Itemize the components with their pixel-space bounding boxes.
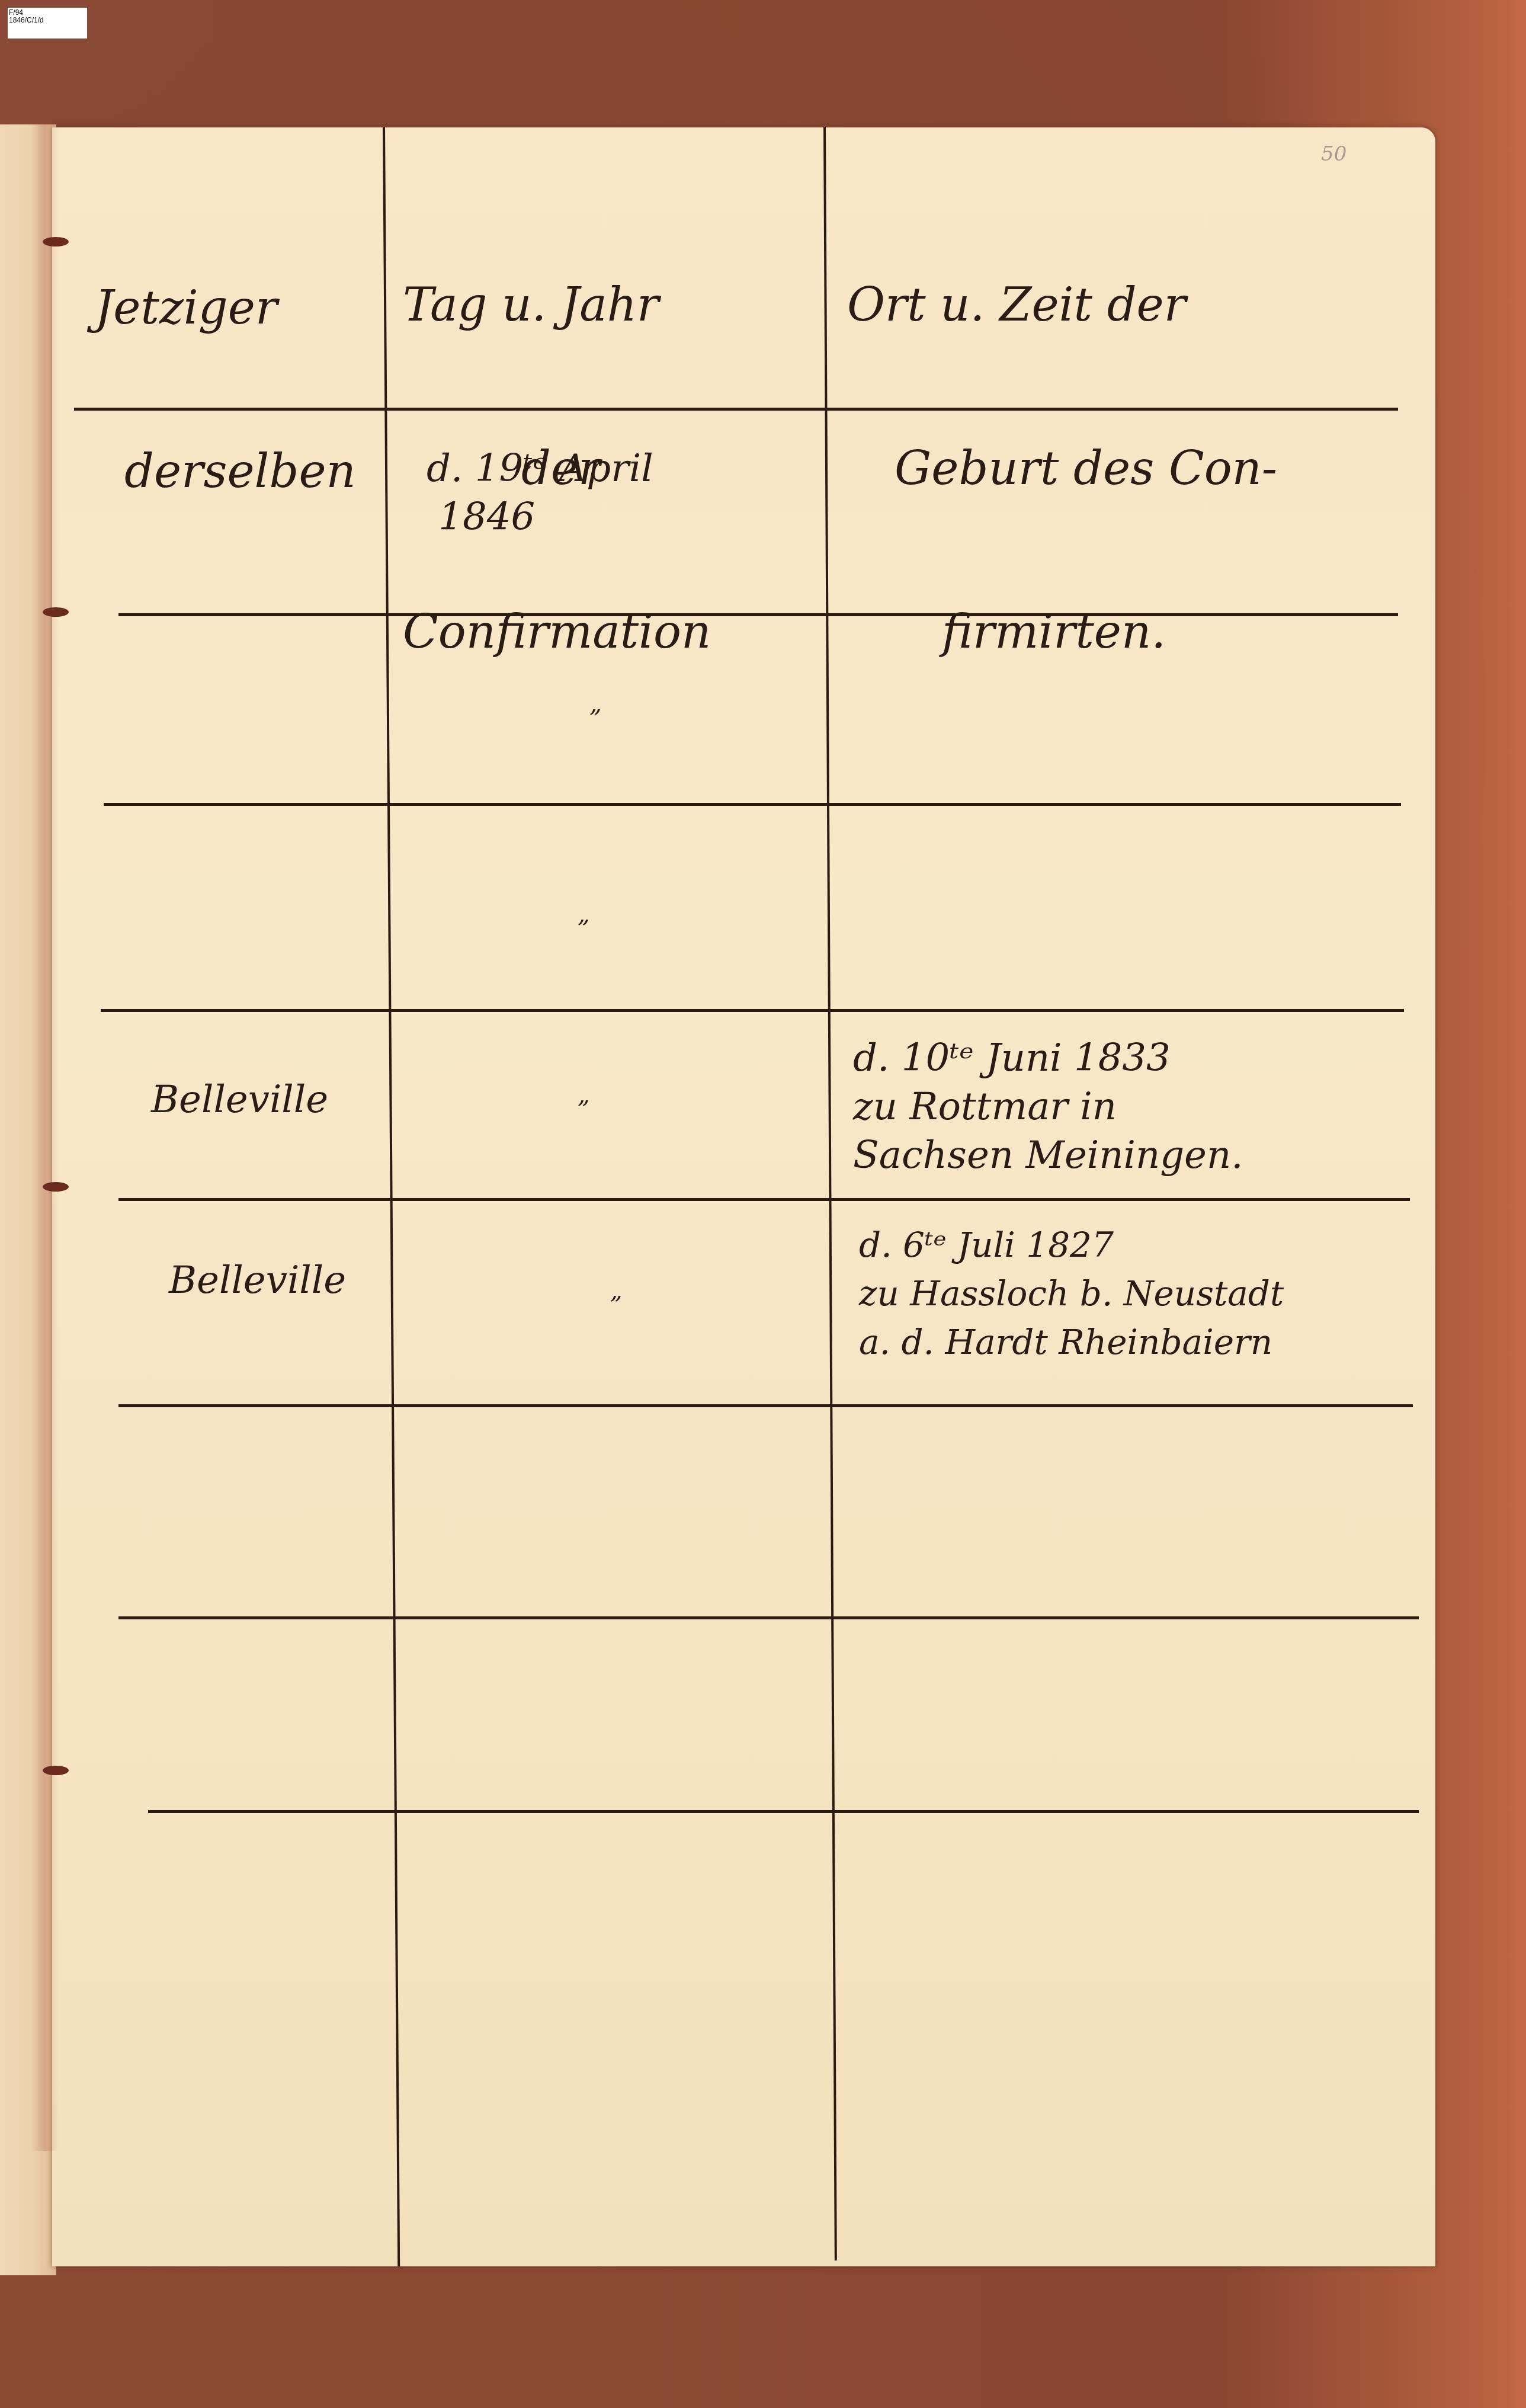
row-rule	[101, 1009, 1404, 1012]
row-rule	[148, 1810, 1419, 1813]
binding-stitch	[43, 607, 69, 617]
row-rule	[104, 803, 1401, 806]
header-residence: Jetziger derselben	[95, 172, 356, 553]
ditto-mark: „	[578, 901, 590, 928]
ditto-mark: „	[578, 1081, 590, 1109]
binding-stitch	[43, 237, 69, 246]
binding-thread	[31, 124, 58, 2151]
birth-cell: d. 6ᵗᵉ Juli 1827 zu Hassloch b. Neustadt…	[859, 1221, 1284, 1366]
binding-stitch	[43, 1182, 69, 1192]
birth-cell: d. 10ᵗᵉ Juni 1833 zu Rottmar in Sachsen …	[853, 1034, 1243, 1180]
row-rule	[118, 1404, 1413, 1407]
header-confirmation-date: Tag u. Jahr der Confirmation	[403, 169, 711, 714]
archive-reference-label: F/94 1846/C/1/d	[8, 8, 87, 39]
residence-cell: Belleville	[169, 1256, 346, 1305]
row-rule	[118, 1616, 1419, 1619]
ditto-mark: „	[610, 1277, 623, 1304]
residence-cell: Belleville	[151, 1075, 328, 1124]
archive-reference: 1846/C/1/d	[9, 17, 87, 24]
binding-stitch	[43, 1766, 69, 1775]
confirmation-date-cell: d. 19ᵗᵉ April 1846	[427, 444, 653, 542]
ditto-mark: „	[589, 690, 602, 718]
header-birth-place-date: Ort u. Zeit der Geburt des Con- firmirte…	[847, 169, 1277, 714]
row-rule	[118, 1198, 1410, 1201]
page-number: 50	[1321, 142, 1347, 166]
